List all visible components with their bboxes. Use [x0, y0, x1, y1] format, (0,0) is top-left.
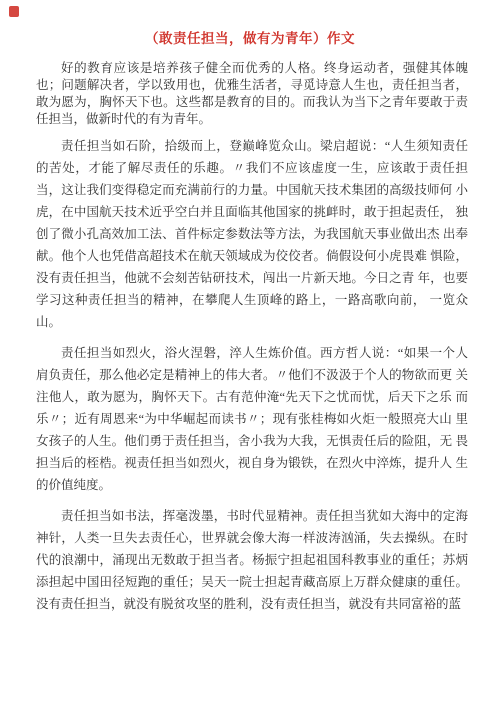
essay-body: 好的教育应该是培养孩子健全而优秀的人格。终身运动者，强健其体魄也；问题解决者，学…: [36, 60, 468, 615]
essay-paragraph: 责任担当如书法，挥毫泼墨，书时代显精神。责任担当犹如大海中的定海 神针，人类一旦…: [36, 505, 468, 615]
essay-paragraph: 好的教育应该是培养孩子健全而优秀的人格。终身运动者，强健其体魄也；问题解决者，学…: [36, 60, 468, 128]
essay-title: （敢责任担当，做有为青年）作文: [0, 27, 500, 47]
document-page: （敢责任担当，做有为青年）作文 好的教育应该是培养孩子健全而优秀的人格。终身运动…: [0, 0, 500, 709]
essay-paragraph: 责任担当如烈火，浴火涅磐，淬人生炼价值。西方哲人说：“如果一个人 肩负责任，那么…: [36, 342, 468, 496]
corner-seal-icon: [9, 6, 19, 17]
essay-paragraph: 责任担当如石阶，拾级而上，登巅峰览众山。梁启超说：“人生须知责任 的苦处，才能了…: [36, 135, 468, 333]
